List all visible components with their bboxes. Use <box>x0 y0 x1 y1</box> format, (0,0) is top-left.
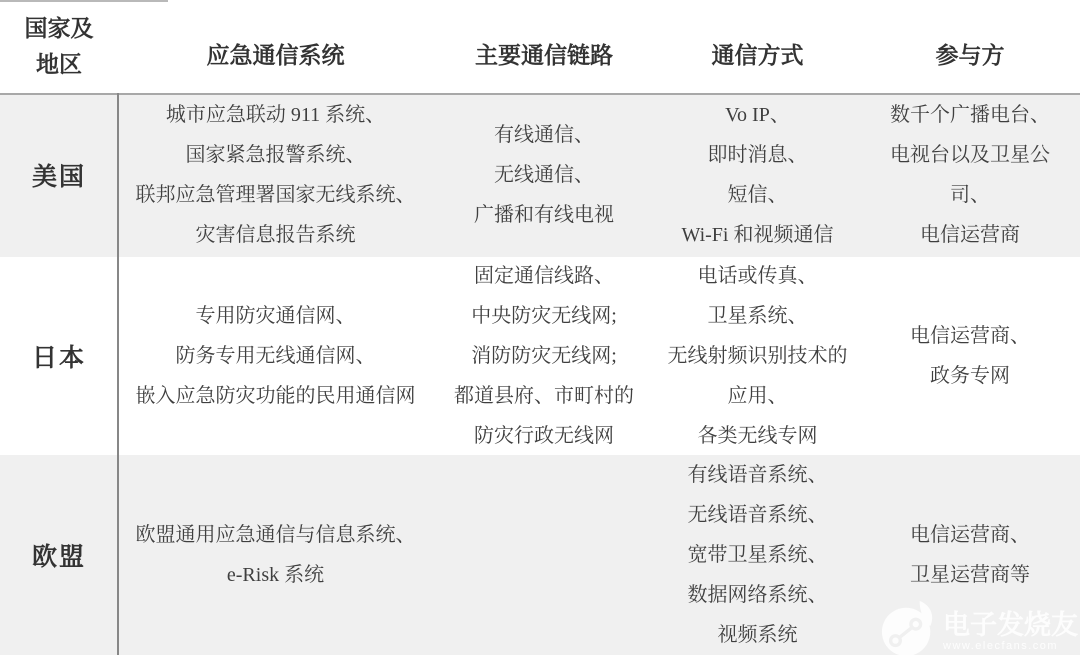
cell-line: 卫星系统、 <box>708 296 808 336</box>
region-cell-eu: 欧盟 <box>0 455 118 655</box>
elecfans-logo-icon <box>880 600 938 663</box>
participants-cell-usa: 数千个广播电台、电视台以及卫星公司、电信运营商 <box>860 93 1080 257</box>
cell-line: Vo IP、 <box>725 95 790 135</box>
system-cell-usa: 城市应急联动 911 系统、国家紧急报警系统、联邦应急管理署国家无线系统、灾害信… <box>118 93 433 257</box>
cell-line: 司、 <box>950 175 990 215</box>
cell-line: 消防防灾无线网; <box>471 336 617 376</box>
cell-line: 即时消息、 <box>708 135 808 175</box>
cell-line: 电信运营商、 <box>910 316 1030 356</box>
cell-line: 卫星运营商等 <box>910 555 1030 595</box>
system-cell-japan: 专用防灾通信网、防务专用无线通信网、嵌入应急防灾功能的民用通信网 <box>118 257 433 455</box>
cell-line: 都道县府、市町村的 <box>454 376 634 416</box>
cell-line: 宽带卫星系统、 <box>688 535 828 575</box>
cell-line: 地区 <box>36 47 82 83</box>
cell-line: 视频系统 <box>718 615 798 655</box>
cell-line: 政务专网 <box>930 356 1010 396</box>
watermark-url: www.elecfans.com <box>943 640 1058 653</box>
cell-line: 嵌入应急防灾功能的民用通信网 <box>136 376 416 416</box>
region-cell-usa: 美国 <box>0 93 118 257</box>
watermark-text: 电子发烧友 www.elecfans.com <box>943 610 1078 653</box>
cell-line: 电信运营商、 <box>910 515 1030 555</box>
cell-line: 数据网络系统、 <box>688 575 828 615</box>
methods-cell-eu: 有线语音系统、无线语音系统、宽带卫星系统、数据网络系统、视频系统 <box>655 455 860 655</box>
cell-line: 固定通信线路、 <box>474 256 614 296</box>
cell-line: 专用防灾通信网、 <box>196 296 356 336</box>
links-cell-usa: 有线通信、无线通信、广播和有线电视 <box>433 93 655 257</box>
cell-line: 无线语音系统、 <box>688 495 828 535</box>
watermark-brand: 电子发烧友 <box>943 610 1078 640</box>
links-cell-eu <box>433 455 655 655</box>
header-comm-methods: 通信方式 <box>655 0 860 93</box>
cell-line: 国家紧急报警系统、 <box>186 135 366 175</box>
methods-cell-usa: Vo IP、即时消息、短信、Wi-Fi 和视频通信 <box>655 93 860 257</box>
cell-line: 有线语音系统、 <box>688 455 828 495</box>
column-divider <box>117 93 119 655</box>
cell-line: e-Risk 系统 <box>227 555 324 595</box>
emergency-comm-table-page: 国家及地区 应急通信系统 主要通信链路 通信方式 参与方 美国 城市应急联动 9… <box>0 0 1080 665</box>
cell-line: 各类无线专网 <box>698 416 818 456</box>
cell-line: 短信、 <box>728 175 788 215</box>
cell-line: 中央防灾无线网; <box>471 296 617 336</box>
header-participants: 参与方 <box>860 0 1080 93</box>
region-cell-japan: 日本 <box>0 257 118 455</box>
cell-line: 城市应急联动 911 系统、 <box>166 95 385 135</box>
cell-line: 应用、 <box>728 376 788 416</box>
cell-line: 欧盟通用应急通信与信息系统、 <box>136 515 416 555</box>
cell-line: 防灾行政无线网 <box>474 416 614 456</box>
header-country-region: 国家及地区 <box>0 0 118 93</box>
cell-line: 电视台以及卫星公 <box>890 135 1050 175</box>
header-emergency-system: 应急通信系统 <box>118 0 433 93</box>
cell-line: 国家及 <box>25 11 94 47</box>
cell-line: 防务专用无线通信网、 <box>176 336 376 376</box>
links-cell-japan: 固定通信线路、中央防灾无线网;消防防灾无线网;都道县府、市町村的防灾行政无线网 <box>433 257 655 455</box>
header-rule <box>0 93 1080 95</box>
cell-line: 有线通信、 <box>494 115 594 155</box>
system-cell-eu: 欧盟通用应急通信与信息系统、e-Risk 系统 <box>118 455 433 655</box>
cell-line: 数千个广播电台、 <box>890 95 1050 135</box>
participants-cell-japan: 电信运营商、政务专网 <box>860 257 1080 455</box>
watermark: 电子发烧友 www.elecfans.com <box>880 600 1078 663</box>
header-main-links: 主要通信链路 <box>433 0 655 93</box>
cell-line: Wi-Fi 和视频通信 <box>682 215 834 255</box>
cell-line: 电信运营商 <box>920 215 1020 255</box>
cell-line: 广播和有线电视 <box>474 195 614 235</box>
table: 国家及地区 应急通信系统 主要通信链路 通信方式 参与方 美国 城市应急联动 9… <box>0 0 1080 655</box>
cell-line: 灾害信息报告系统 <box>196 215 356 255</box>
methods-cell-japan: 电话或传真、卫星系统、无线射频识别技术的应用、各类无线专网 <box>655 257 860 455</box>
cell-line: 联邦应急管理署国家无线系统、 <box>136 175 416 215</box>
cell-line: 电话或传真、 <box>698 256 818 296</box>
cell-line: 无线射频识别技术的 <box>668 336 848 376</box>
cell-line: 无线通信、 <box>494 155 594 195</box>
